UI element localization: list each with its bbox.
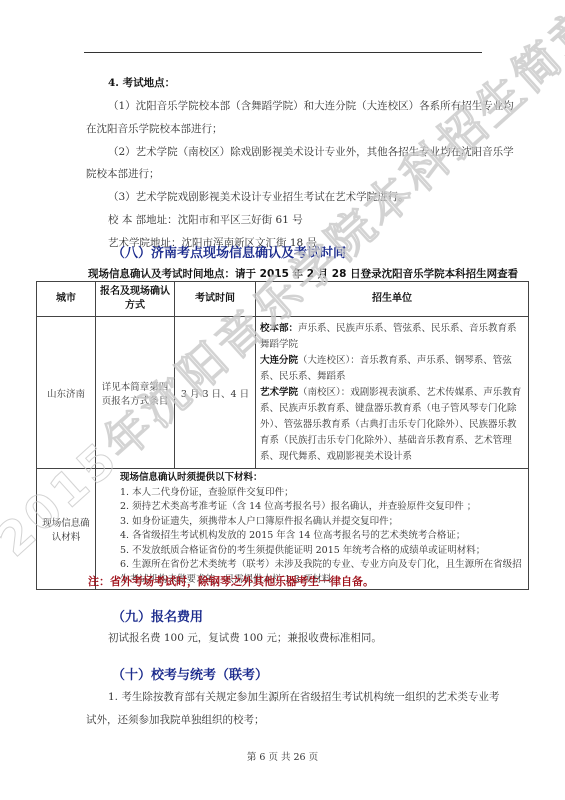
section9-heading: （九）报名费用 bbox=[112, 606, 203, 625]
material-item: 1. 本人二代身份证，查验原件交复印件； bbox=[100, 486, 524, 501]
cell-time: 3 月 3 日、4 日 bbox=[175, 317, 256, 469]
header-method: 报名及现场确认方式 bbox=[96, 282, 175, 317]
header-rule bbox=[84, 52, 482, 53]
note-text: 注：省外考场考试时，除钢琴之外其他乐器考生一律自备。 bbox=[88, 573, 374, 589]
section4-item: （1）沈阳音乐学院校本部（含舞蹈学院）和大连分院（大连校区）各系所有招生专业均 bbox=[108, 98, 514, 113]
material-item: 2. 须持艺术类高考准考证（含 14 位高考报名号）报名确认，并查验原件交复印件… bbox=[100, 500, 524, 515]
materials-heading: 现场信息确认时须提供以下材料： bbox=[100, 471, 524, 486]
section10-line: 1. 考生除按教育部有关规定参加生源所在省级招生考试机构统一组织的艺术类专业考 bbox=[108, 689, 499, 704]
header-units: 招生单位 bbox=[256, 282, 529, 317]
section4-title: 4. 考试地点： bbox=[108, 75, 175, 90]
header-city: 城市 bbox=[37, 282, 96, 317]
fee-text: 初试报名费 100 元，复试费 100 元；兼报收费标准相同。 bbox=[108, 630, 382, 645]
section8-heading: （八）济南考点现场信息确认及考试时间 bbox=[112, 242, 346, 261]
section4-item: （2）艺术学院（南校区）除戏剧影视美术设计专业外，其他各招生专业均在沈阳音乐学 bbox=[108, 144, 514, 159]
table-row: 山东济南 详见本简章第四页报名方式条目 3 月 3 日、4 日 校本部：声乐系、… bbox=[37, 317, 529, 469]
unit-main-campus: 校本部：声乐系、民族声乐系、管弦系、民乐系、音乐教育系舞蹈学院 bbox=[260, 321, 524, 353]
unit-art-college: 艺术学院（南校区）：戏剧影视表演系、艺术传媒系、声乐教育系、民族声乐教育系、键盘… bbox=[260, 385, 524, 465]
cell-units: 校本部：声乐系、民族声乐系、管弦系、民乐系、音乐教育系舞蹈学院 大连分院（大连校… bbox=[256, 317, 529, 469]
exam-info-table: 城市 报名及现场确认方式 考试时间 招生单位 山东济南 详见本简章第四页报名方式… bbox=[36, 281, 529, 590]
section4-item: 在沈阳音乐学院校本部进行； bbox=[86, 121, 223, 136]
materials-label: 现场信息确认材料 bbox=[37, 469, 96, 590]
address-main-campus: 校 本 部地址：沈阳市和平区三好街 61 号 bbox=[108, 212, 303, 227]
page-number: 第 6 页 共 26 页 bbox=[0, 749, 565, 763]
cell-method: 详见本简章第四页报名方式条目 bbox=[96, 317, 175, 469]
unit-dalian: 大连分院（大连校区）：音乐教育系、声乐系、钢琴系、管弦系、民乐系、舞蹈系 bbox=[260, 353, 524, 385]
material-item: 3. 如身份证遗失，须携带本人户口簿原件报名确认并提交复印件； bbox=[100, 515, 524, 530]
material-item: 5. 不发放纸质合格证省份的考生须提供能证明 2015 年统考合格的成绩单或证明… bbox=[100, 544, 524, 559]
header-time: 考试时间 bbox=[175, 282, 256, 317]
document-page: 4. 考试地点： （1）沈阳音乐学院校本部（含舞蹈学院）和大连分院（大连校区）各… bbox=[0, 0, 565, 800]
table-caption: 现场信息确认及考试时间地点：请于 2015 年 2 月 28 日登录沈阳音乐学院… bbox=[88, 266, 518, 281]
section4-item: 院校本部进行； bbox=[86, 166, 160, 181]
materials-list: 现场信息确认时须提供以下材料： 1. 本人二代身份证，查验原件交复印件； 2. … bbox=[96, 469, 529, 590]
section4-item: （3）艺术学院戏剧影视美术设计专业招生考试在艺术学院进行。 bbox=[108, 189, 409, 204]
table-header-row: 城市 报名及现场确认方式 考试时间 招生单位 bbox=[37, 282, 529, 317]
table-row-materials: 现场信息确认材料 现场信息确认时须提供以下材料： 1. 本人二代身份证，查验原件… bbox=[37, 469, 529, 590]
material-item: 4. 各省级招生考试机构发放的 2015 年含 14 位高考报名号的艺术类统考合… bbox=[100, 529, 524, 544]
cell-city: 山东济南 bbox=[37, 317, 96, 469]
section10-heading: （十）校考与统考（联考） bbox=[112, 664, 268, 683]
section10-line: 试外，还须参加我院单独组织的校考； bbox=[86, 712, 265, 727]
